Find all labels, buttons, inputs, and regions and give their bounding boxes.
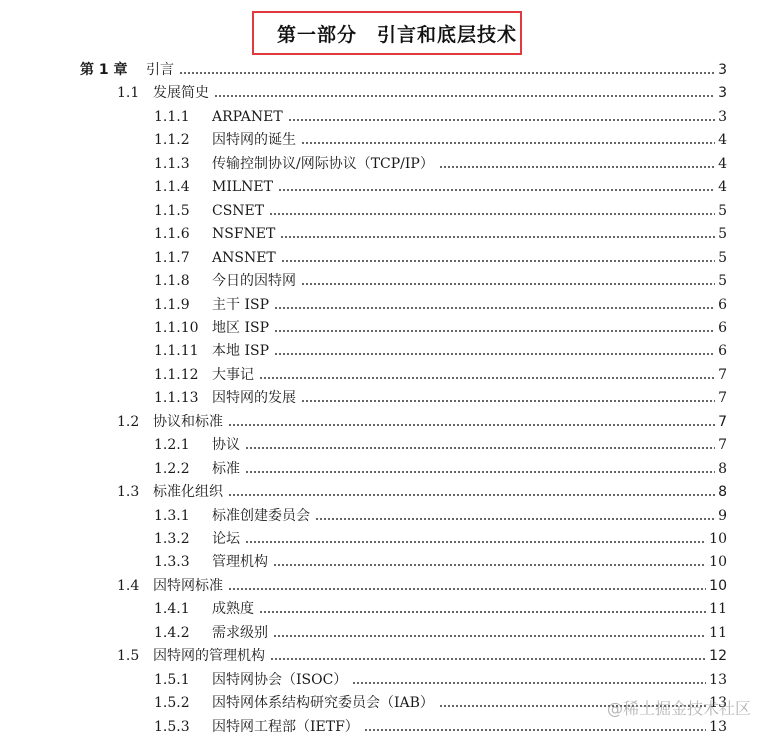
dot-leader: [274, 330, 715, 332]
toc-entry-number: 1.1.13: [154, 387, 212, 409]
dot-leader: [301, 400, 715, 402]
toc-entry-title: 大事记: [212, 364, 256, 386]
toc-entry[interactable]: 1.4.1成熟度11: [154, 598, 727, 620]
toc-entry-number: 1.3.2: [154, 528, 212, 550]
toc-entry-page: 4: [718, 153, 727, 175]
toc-entry-title: 因特网的发展: [212, 387, 298, 409]
toc-entry-title: 引言: [146, 59, 176, 81]
toc-entry-title: 主干 ISP: [212, 294, 271, 316]
dot-leader: [245, 541, 706, 543]
dot-leader: [273, 564, 706, 566]
toc-entry-title: 因特网工程部（IETF）: [212, 716, 361, 738]
toc-entry-number: 1.5: [117, 645, 153, 667]
toc-entry-page: 5: [718, 223, 727, 245]
toc-entry-number: 1.5.2: [154, 692, 212, 714]
toc-entry-number: 1.5.1: [154, 669, 212, 691]
dot-leader: [301, 142, 715, 144]
dot-leader: [352, 682, 706, 684]
toc-entry-number: 1.1.7: [154, 247, 212, 269]
part-title: 第一部分 引言和底层技术: [257, 20, 517, 47]
toc-entry-number: 1.1: [117, 82, 153, 104]
toc-entry-page: 4: [718, 176, 727, 198]
dot-leader: [259, 377, 715, 379]
toc-entry-page: 6: [718, 340, 727, 362]
dot-leader: [179, 72, 715, 74]
dot-leader: [281, 260, 715, 262]
toc-entry-number: 第 1 章: [80, 59, 146, 81]
toc-entry[interactable]: 1.1.11本地 ISP6: [154, 340, 727, 362]
toc-entry-number: 1.1.1: [154, 106, 212, 128]
toc-entry[interactable]: 1.3标准化组织8: [117, 481, 727, 503]
toc-entry-title: 需求级别: [212, 622, 270, 644]
toc-entry-title: 标准创建委员会: [212, 505, 312, 527]
toc-entry-title: 协议: [212, 434, 242, 456]
toc-entry-title: ARPANET: [212, 106, 285, 128]
toc-entry[interactable]: 1.1发展简史3: [117, 82, 727, 104]
toc-entry-number: 1.1.4: [154, 176, 212, 198]
dot-leader: [228, 494, 715, 496]
toc-entry-title: CSNET: [212, 200, 266, 222]
dot-leader: [214, 95, 715, 97]
toc-entry-title: 管理机构: [212, 551, 270, 573]
toc-entry[interactable]: 1.1.6NSFNET5: [154, 223, 727, 245]
toc-entry[interactable]: 1.1.10地区 ISP6: [154, 317, 727, 339]
toc-entry-page: 10: [709, 575, 727, 597]
toc-entry-title: 因特网的管理机构: [153, 645, 267, 667]
dot-leader: [245, 471, 715, 473]
dot-leader: [280, 236, 715, 238]
toc-entry[interactable]: 1.1.9主干 ISP6: [154, 294, 727, 316]
toc-entry-title: 因特网协会（ISOC）: [212, 669, 349, 691]
toc-entry-number: 1.3: [117, 481, 153, 503]
toc-entry-title: 地区 ISP: [212, 317, 271, 339]
toc-entry-number: 1.3.1: [154, 505, 212, 527]
toc-entry-page: 8: [718, 458, 727, 480]
toc-entry-title: 发展简史: [153, 82, 211, 104]
toc-entry-number: 1.2.2: [154, 458, 212, 480]
toc-entry-number: 1.1.10: [154, 317, 212, 339]
toc-entry-number: 1.1.9: [154, 294, 212, 316]
toc-entry-page: 5: [718, 200, 727, 222]
toc-entry-page: 10: [709, 528, 727, 550]
dot-leader: [364, 729, 706, 731]
toc-entry-page: 7: [718, 387, 727, 409]
watermark: @稀土掘金技术社区: [607, 696, 751, 719]
toc-entry[interactable]: 1.1.7ANSNET5: [154, 247, 727, 269]
toc-entry[interactable]: 1.1.8今日的因特网5: [154, 270, 727, 292]
dot-leader: [274, 353, 715, 355]
dot-leader: [228, 424, 715, 426]
toc-entry-title: 因特网标准: [153, 575, 225, 597]
toc-entry-number: 1.1.6: [154, 223, 212, 245]
toc-entry-page: 3: [718, 59, 727, 81]
toc-entry-title: 因特网的诞生: [212, 129, 298, 151]
toc-entry-page: 4: [718, 129, 727, 151]
toc-entry-page: 11: [709, 598, 727, 620]
toc-entry-number: 1.4.2: [154, 622, 212, 644]
toc-entry[interactable]: 1.1.1ARPANET3: [154, 106, 727, 128]
toc-entry-page: 7: [718, 411, 727, 433]
toc-entry-title: ANSNET: [212, 247, 278, 269]
toc-entry-page: 8: [718, 481, 727, 503]
toc-entry-page: 5: [718, 270, 727, 292]
dot-leader: [439, 166, 715, 168]
toc-entry-title: 本地 ISP: [212, 340, 271, 362]
toc-entry-title: 标准: [212, 458, 242, 480]
toc-entry-title: NSFNET: [212, 223, 277, 245]
toc-entry[interactable]: 1.2.2标准8: [154, 458, 727, 480]
dot-leader: [288, 119, 715, 121]
toc-entry-page: 3: [718, 106, 727, 128]
toc-entry-page: 12: [709, 645, 727, 667]
toc-entry-number: 1.1.8: [154, 270, 212, 292]
toc-entry[interactable]: 1.3.3管理机构10: [154, 551, 727, 573]
toc-entry-title: MILNET: [212, 176, 275, 198]
toc-entry[interactable]: 1.2.1协议7: [154, 434, 727, 456]
toc-entry[interactable]: 1.3.2论坛10: [154, 528, 727, 550]
dot-leader: [269, 213, 715, 215]
toc-entry-number: 1.1.5: [154, 200, 212, 222]
toc-entry[interactable]: 1.1.12大事记7: [154, 364, 727, 386]
dot-leader: [278, 189, 715, 191]
toc-entry-number: 1.4: [117, 575, 153, 597]
toc-entry-page: 13: [709, 669, 727, 691]
toc-entry-number: 1.1.12: [154, 364, 212, 386]
toc-entry[interactable]: 1.5因特网的管理机构12: [117, 645, 727, 667]
toc-entry[interactable]: 1.1.4MILNET4: [154, 176, 727, 198]
toc-entry-number: 1.4.1: [154, 598, 212, 620]
toc-entry-page: 9: [718, 505, 727, 527]
dot-leader: [315, 518, 715, 520]
toc-entry-number: 1.2.1: [154, 434, 212, 456]
toc-entry[interactable]: 1.4因特网标准10: [117, 575, 727, 597]
toc-entry-page: 10: [709, 551, 727, 573]
toc-entry-title: 论坛: [212, 528, 242, 550]
toc-entry[interactable]: 第 1 章引言3: [80, 59, 727, 81]
toc-entry-page: 7: [718, 364, 727, 386]
toc-entry[interactable]: 1.4.2需求级别11: [154, 622, 727, 644]
toc-entry-page: 5: [718, 247, 727, 269]
toc-entry-title: 传输控制协议/网际协议（TCP/IP）: [212, 153, 436, 175]
toc-entry-number: 1.2: [117, 411, 153, 433]
toc-entry-number: 1.5.3: [154, 716, 212, 738]
dot-leader: [274, 307, 715, 309]
toc-entry[interactable]: 1.1.5CSNET5: [154, 200, 727, 222]
toc-entry-number: 1.1.11: [154, 340, 212, 362]
toc-entry-page: 6: [718, 294, 727, 316]
part-title-box: 第一部分 引言和底层技术: [252, 11, 522, 55]
toc-entry[interactable]: 1.5.1因特网协会（ISOC）13: [154, 669, 727, 691]
toc-entry-number: 1.1.3: [154, 153, 212, 175]
toc-entry[interactable]: 1.1.2因特网的诞生4: [154, 129, 727, 151]
toc-entry[interactable]: 1.1.3传输控制协议/网际协议（TCP/IP）4: [154, 153, 727, 175]
toc-entry-title: 协议和标准: [153, 411, 225, 433]
toc-entry-page: 11: [709, 622, 727, 644]
toc-entry-title: 标准化组织: [153, 481, 225, 503]
toc-entry-title: 成熟度: [212, 598, 256, 620]
toc-entry-number: 1.3.3: [154, 551, 212, 573]
toc-entry-page: 7: [718, 434, 727, 456]
dot-leader: [228, 588, 706, 590]
toc-entry-title: 因特网体系结构研究委员会（IAB）: [212, 692, 436, 714]
dot-leader: [301, 283, 715, 285]
dot-leader: [273, 635, 706, 637]
toc-entry-page: 6: [718, 317, 727, 339]
dot-leader: [259, 611, 706, 613]
toc-entry-number: 1.1.2: [154, 129, 212, 151]
toc-entry-page: 3: [718, 82, 727, 104]
dot-leader: [245, 447, 715, 449]
toc-entry[interactable]: 1.2协议和标准7: [117, 411, 727, 433]
toc-entry[interactable]: 1.3.1标准创建委员会9: [154, 505, 727, 527]
toc-entry[interactable]: 1.1.13因特网的发展7: [154, 387, 727, 409]
dot-leader: [270, 658, 706, 660]
toc-entry-title: 今日的因特网: [212, 270, 298, 292]
